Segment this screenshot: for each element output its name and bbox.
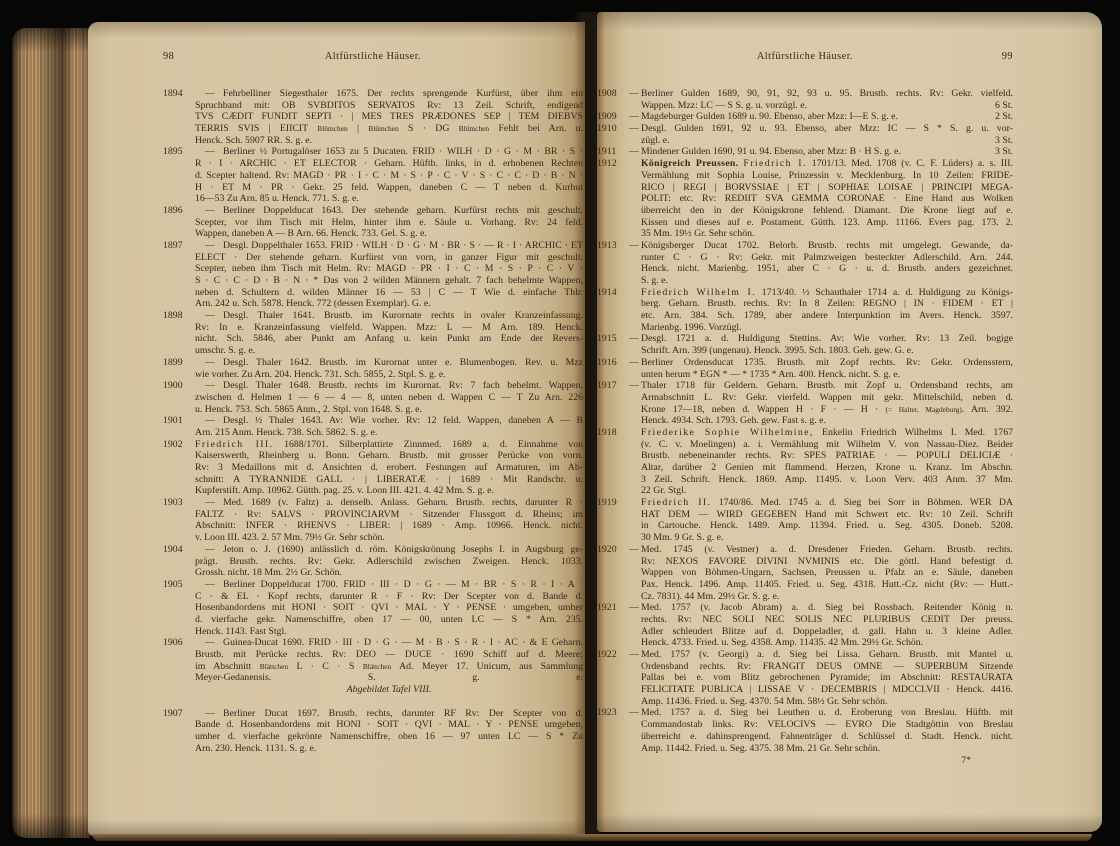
entry-dash: — [627,123,641,135]
entry-number: 1920 [597,544,627,556]
entry-line: etc. Arn. 384. Sch. 1789, aber andere In… [641,310,1013,322]
entry-dash: — [627,707,641,719]
entry-number: 1918 [597,427,627,439]
entry-line: 1922—Med. 1757 (v. Georgi) a. d. Sieg be… [597,649,1013,661]
catalog-entry: 1907—Berliner Ducat 1697. Brustb. rechts… [163,708,583,755]
entry-line: C · & EL · Kopf rechts, darunter R · F ·… [195,591,583,603]
entry-line: Henck. nicht. Marienbg. 1951, aber C · G… [641,263,1013,275]
catalog-entry: 1897—Desgl. Doppelthaler 1653. FRID · WI… [163,240,583,310]
entry-dash: — [195,357,223,369]
entry-line: Henck. 4934. Sch. 1793. Geh. gew. Fast s… [641,415,1013,427]
photo-background: 98 Altfürstliche Häuser. 1894—Fehrbellin… [0,0,1120,846]
signature-mark: 7* [597,755,1013,766]
entry-line: 1911—Mindener Gulden 1690, 91 u. 94. Ebe… [597,146,1013,158]
entry-line: zügl. e.3 St. [641,135,1013,147]
entry-number: 1911 [597,146,627,158]
entry-line: Abschnitt: INFER · RHENVS · LIBER: | 168… [195,520,583,532]
entry-line: Henck. 4733. Fried. u. Seg. 4358. Amp. 1… [641,637,1013,649]
entry-number: 1905 [163,579,195,591]
entry-line: 1915—Desgl. 1721 a. d. Huldigung Stettin… [597,333,1013,345]
entry-line: 1920—Med. 1745 (v. Vestner) a. d. Dresde… [597,544,1013,556]
entry-line: umschr. S. g. e. [195,345,583,357]
entry-line: Cz. 7831). 44 Mm. 29½ Gr. S. g. e. [641,591,1013,603]
entry-line: Grossh. nicht. 18 Mm. 2½ Gr. Schön. [195,567,583,579]
left-page-header: 98 Altfürstliche Häuser. [163,51,583,62]
entry-line: Armabschnitt L. Rv: Gekr. vierfeld. Wapp… [641,392,1013,404]
entry-line: Schrift. Arn. 399 (ungenau). Henck. 3995… [641,345,1013,357]
catalog-entry: 1904—Jeton o. J. (1690) anlässlich d. rö… [163,544,583,579]
entry-line: Rv: NEXOS FAVORE DIVINI NVMINIS etc. Die… [641,556,1013,568]
catalog-entry: 1910—Desgl. Gulden 1691, 92 u. 93. Ebens… [597,123,1013,146]
entry-dash: — [195,146,223,158]
entry-line: 1904—Jeton o. J. (1690) anlässlich d. rö… [163,544,583,556]
entry-line: prägt. Brustb. rechts. Rv: Gekr. Adlersc… [195,556,583,568]
entry-line: 3 Zeil. Schrift. Henck. 1869. Amp. 11495… [641,474,1013,486]
entry-line: TVS CÆDIT FUNDIT SEPTI · | MES TRES PRÆD… [195,111,583,123]
entry-dash: — [627,602,641,614]
piece-count: 3 St. [989,146,1013,158]
entry-dash: — [195,497,223,509]
entry-line: 1902Friedrich III. 1688/1701. Silberplat… [163,439,583,451]
entry-number: 1912 [597,158,627,170]
entry-number: 1910 [597,123,627,135]
entry-line: Hosenbandordens mit HONI · SOIT · QVI · … [195,602,583,614]
entry-line: POLIT: etc. Rv: REDIIT SVA GEMMA CORONAE… [641,193,1013,205]
entry-line: H · ET M · PR · Gekr. 25 feld. Wappen, d… [195,182,583,194]
entry-dash: — [195,240,223,252]
piece-count: 2 St. [989,111,1013,123]
catalog-entry: 1915—Desgl. 1721 a. d. Huldigung Stettin… [597,333,1013,356]
catalog-entry: 1901—Desgl. ½ Thaler 1643. Av: Wie vorhe… [163,415,583,438]
book-bottom-edge [92,834,1092,841]
catalog-entry: 1913—Königsberger Ducat 1702. Belorb. Br… [597,240,1013,287]
entry-line: 30 Mm. 9 Gr. S. g. e. [641,532,1013,544]
entry-line: Henck. Sch. 5907 RR. S. g. e. [195,135,583,147]
entry-line: rechts. Rv: NEC SOLI NEC SOLIS NEC PLURI… [641,614,1013,626]
entry-line: Scepter, neben ihm Tisch mit Helm. Rv: M… [195,263,583,275]
entry-number: 1922 [597,649,627,661]
entry-number: 1915 [597,333,627,345]
entry-line: wie vorher. Zu Arn. 204. Henck. 731. Sch… [195,369,583,381]
right-page: Altfürstliche Häuser. 99 1908—Berliner G… [597,12,1102,832]
catalog-entry: 1919Friedrich II. 1740/86. Med. 1745 a. … [597,497,1013,544]
entry-dash: — [627,111,641,123]
entry-number: 1896 [163,205,195,217]
entry-line: Henck. 1143. Fast Stgl. [195,626,583,638]
entry-number: 1901 [163,415,195,427]
catalog-entry: 1911—Mindener Gulden 1690, 91 u. 94. Ebe… [597,146,1013,158]
entry-line: TERRIS SVIS | EIICIT Blümchen | Blümchen… [195,123,583,135]
catalog-entry: 1923—Med. 1757 a. d. Sieg bei Leuthen u.… [597,707,1013,754]
entry-line: Krone 17—18, neben d. Wappen H · F · — H… [641,404,1013,416]
entry-dash: — [627,333,641,345]
catalog-entry: 1899—Desgl. Thaler 1642. Brustb. im Kuro… [163,357,583,380]
entry-line: 1906—Guinea-Ducat 1690. FRID · III · D ·… [163,637,583,649]
entry-dash: — [195,205,223,217]
catalog-entry: 1900—Desgl. Thaler 1648. Brustb. rechts … [163,380,583,415]
entry-line: 1921—Med. 1757 (v. Jacob Abram) a. d. Si… [597,602,1013,614]
entry-line: Pallas bei e. vom Blitz gebrochenen Pyra… [641,672,1013,684]
entry-number: 1909 [597,111,627,123]
entry-line: Kupferstift. Amp. 10962. Gütth. pag. 25.… [195,485,583,497]
entry-dash: — [627,380,641,392]
entry-line: S. g. e. [641,275,1013,287]
page-number-left: 98 [163,51,203,62]
entry-line: Commandostab links. Rv: VELOCIVS — EVRO … [641,719,1013,731]
entry-line: Marienbg. 1996. Vorzügl. [641,322,1013,334]
entry-line: FALTZ · Rv: SALVS · PROVINCIARVM · Sitze… [195,509,583,521]
entry-line: 1895—Berliner ½ Portugalöser 1653 zu 5 D… [163,146,583,158]
entry-dash: — [627,240,641,252]
entry-number: 1906 [163,637,195,649]
entry-line: Bande d. Hosenbandordens mit HONI · SOIT… [195,719,583,731]
running-header-left: Altfürstliche Häuser. [203,51,543,62]
entry-number: 1923 [597,707,627,719]
entry-line: Kaiserswerth, Rheinberg u. Bonn. Geharn.… [195,450,583,462]
entry-line: im Abschnitt Blättchen L · C · S Blättch… [195,661,583,673]
entry-line: Amp. 11442. Fried. u. Seg. 4375. 38 Mm. … [641,743,1013,755]
entry-number: 1894 [163,88,195,100]
entry-line: Meyer-Gedanensis. S. g. e. [195,672,583,684]
entry-line: 1905—Berliner Doppelducat 1700. FRID · I… [163,579,583,591]
entry-line: Arn. 242 u. Sch. 5878. Henck. 772 (desse… [195,298,583,310]
entry-line: unten herum * EGN * — * 1735 * Arn. 400.… [641,369,1013,381]
entry-line: 16—53 Zu Arn. 85 u. Henck. 771. S. g. e. [195,193,583,205]
entry-line: 1916—Berliner Ordensducat 1735. Brustb. … [597,357,1013,369]
entry-line: u. Henck. 753. Sch. 5865 Anm., 2. Stpl. … [195,404,583,416]
entry-line: S · C · C · D · B · N · * Das von 2 wild… [195,275,583,287]
entry-line: Brustb. nebeneinander rechts. Rv: SPES P… [641,450,1013,462]
entry-line: Adler schleudert Blitze auf d. Doppeladl… [641,626,1013,638]
entry-dash: — [195,380,223,392]
entry-line: FELICITATE PUBLICA | LISSAE V · DECEMBRI… [641,684,1013,696]
piece-count: 6 St. [989,100,1013,112]
catalog-entry: 1921—Med. 1757 (v. Jacob Abram) a. d. Si… [597,602,1013,649]
catalog-entry: 1894—Fehrbelliner Siegesthaler 1675. Der… [163,88,583,146]
catalog-entry: 1912Königreich Preussen. Friedrich I. 17… [597,158,1013,240]
entry-dash: — [627,649,641,661]
entry-dash: — [195,637,223,649]
entry-line: Spruchband mit: OB SVBDITOS SERVATOS Rv:… [195,100,583,112]
entry-line: neben d. Schultern d. wilden Männer 16 —… [195,287,583,299]
entry-line: berg. Geharn. Brustb. rechts. Rv: In 8 Z… [641,298,1013,310]
entry-line: v. Loon III. 423. 2. 57 Mm. 79½ Gr. Sehr… [195,532,583,544]
entry-line: Pax. Henck. 1496. Amp. 11405. Fried. u. … [641,579,1013,591]
entry-dash: — [627,544,641,556]
catalog-entry: 1906—Guinea-Ducat 1690. FRID · III · D ·… [163,637,583,695]
entry-line: HAT DEM — WIRD GEGEBEN Hand mit Schwert … [641,509,1013,521]
entry-number: 1899 [163,357,195,369]
entry-line: 1914Friedrich Wilhelm I. 1713/40. ½ Scha… [597,287,1013,299]
entry-dash: — [627,357,641,369]
entry-line: (v. C. v. Moelingen) a. i. Vermählung mi… [641,439,1013,451]
entry-number: 1903 [163,497,195,509]
entry-line: Wappen. Mzz: LC — S S. g. u. vorzügl. e.… [641,100,1013,112]
entry-line: Arn. 215 Anm. Henck. 738. Sch. 5862. S. … [195,427,583,439]
entry-line: Rv: In e. Kranzeinfassung vielfeld. Wapp… [195,322,583,334]
entry-line: d. Scepter haltend. Rv: MAGD · PR · I · … [195,170,583,182]
entry-line: Scepter, vor ihm Tisch mit Helm, hinter … [195,217,583,229]
entry-line: 35 Mm. 19½ Gr. Sehr schön. [641,228,1013,240]
entry-dash: — [195,544,223,556]
entry-line: 1907—Berliner Ducat 1697. Brustb. rechts… [163,708,583,720]
entry-line: 1909—Magdeburger Gulden 1689 u. 90. Eben… [597,111,1013,123]
entry-line: umher d. vierfache gekrönte Namenschiffr… [195,731,583,743]
entry-dash: — [195,579,223,591]
entry-line: 1897—Desgl. Doppelthaler 1653. FRID · WI… [163,240,583,252]
entry-number: 1916 [597,357,627,369]
catalog-entry: 1903—Med. 1689 (v. Faltz) a. denselb. An… [163,497,583,544]
entry-line: 1912Königreich Preussen. Friedrich I. 17… [597,158,1013,170]
book-page-edges [12,28,90,838]
entry-line: 1896—Berliner Doppelducat 1643. Der steh… [163,205,583,217]
entry-dash: — [627,88,641,100]
entry-line: 1913—Königsberger Ducat 1702. Belorb. Br… [597,240,1013,252]
entry-line: Ordensband rechts. Rv: FRANGIT DEUS OMNE… [641,661,1013,673]
entry-line: runter C · G · Rv: Gekr. mit Palmzweigen… [641,252,1013,264]
entry-line: zwischen d. Helmen 1 — 6 — 4 — 8, unten … [195,392,583,404]
left-page: 98 Altfürstliche Häuser. 1894—Fehrbellin… [88,22,585,836]
entry-number: 1917 [597,380,627,392]
entry-number: 1895 [163,146,195,158]
entry-line: d. vierfache gekr. Namenschiffre, oben 1… [195,614,583,626]
entry-dash: — [195,415,223,427]
entry-line: R · I · ARCHIC · ET ELECTOR · Geharn. Hü… [195,158,583,170]
catalog-entry: 1909—Magdeburger Gulden 1689 u. 90. Eben… [597,111,1013,123]
entry-line: Vermählung mit Sophia Louise, Prinzessin… [641,170,1013,182]
entry-line: 1899—Desgl. Thaler 1642. Brustb. im Kuro… [163,357,583,369]
entry-line: Wappen, daneben A — B Arn. 66. Henck. 73… [195,228,583,240]
entry-line: 1901—Desgl. ½ Thaler 1643. Av: Wie vorhe… [163,415,583,427]
piece-count: 3 St. [989,135,1013,147]
catalog-entry: 1920—Med. 1745 (v. Vestner) a. d. Dresde… [597,544,1013,602]
entry-number: 1900 [163,380,195,392]
page-number-right: 99 [973,51,1013,62]
entry-line: 1894—Fehrbelliner Siegesthaler 1675. Der… [163,88,583,100]
entry-number: 1913 [597,240,627,252]
entry-line: ELECT · Der stehende geharn. Kurfürst vo… [195,252,583,264]
entry-line: schnitt: A TYRANNIDE GALL · | LIBERATÆ ·… [195,474,583,486]
entry-number: 1904 [163,544,195,556]
entry-dash: — [195,310,223,322]
entry-line: 1900—Desgl. Thaler 1648. Brustb. rechts … [163,380,583,392]
entry-number: 1914 [597,287,627,299]
catalog-entry: 1916—Berliner Ordensducat 1735. Brustb. … [597,357,1013,380]
entry-number: 1902 [163,439,195,451]
plate-reference: Abgebildet Tafel VIII. [195,684,583,696]
entry-line: 1910—Desgl. Gulden 1691, 92 u. 93. Ebens… [597,123,1013,135]
catalog-entry: 1918Friederike Sophie Wilhelmine, Enkeli… [597,427,1013,497]
catalog-entry: 1908—Berliner Gulden 1689, 90, 91, 92, 9… [597,88,1013,111]
entry-line: überreicht e. dahinsprengend. Fahnenträg… [641,731,1013,743]
catalog-entry: 1917—Thaler 1718 für Geldern. Geharn. Br… [597,380,1013,427]
entry-number: 1919 [597,497,627,509]
entry-line: Brustb. mit Perücke rechts. Rv: DEO — DU… [195,649,583,661]
catalog-entry: 1895—Berliner ½ Portugalöser 1653 zu 5 D… [163,146,583,204]
entry-number: 1898 [163,310,195,322]
right-page-header: Altfürstliche Häuser. 99 [597,51,1013,62]
catalog-entry: 1896—Berliner Doppelducat 1643. Der steh… [163,205,583,240]
entry-line: 1917—Thaler 1718 für Geldern. Geharn. Br… [597,380,1013,392]
right-page-entries: 1908—Berliner Gulden 1689, 90, 91, 92, 9… [597,88,1013,754]
catalog-entry: 1905—Berliner Doppelducat 1700. FRID · I… [163,579,583,637]
left-page-entries: 1894—Fehrbelliner Siegesthaler 1675. Der… [163,88,583,755]
entry-line: Wappen von Böhmen-Ungarn, Sachsen, Preus… [641,567,1013,579]
entry-dash: — [195,708,223,720]
entry-line: RICO | REGI | BORVSSIAE | ET | SOPHIAE L… [641,182,1013,194]
entry-dash: — [627,146,641,158]
entry-line: 22 Gr. Stgl. [641,485,1013,497]
entry-line: 1908—Berliner Gulden 1689, 90, 91, 92, 9… [597,88,1013,100]
entry-line: in Cartouche. Henck. 1489. Amp. 11394. F… [641,520,1013,532]
entry-number: 1907 [163,708,195,720]
catalog-entry: 1902Friedrich III. 1688/1701. Silberplat… [163,439,583,497]
entry-line: Arn. 230. Henck. 1131. S. g. e. [195,743,583,755]
entry-line: Rv: 3 Medaillons mit d. Ansichten d. ero… [195,462,583,474]
entry-line: nicht. Sch. 5846, aber Punkt am Anfang u… [195,333,583,345]
entry-line: 1898—Desgl. Thaler 1641. Brustb. im Kuro… [163,310,583,322]
catalog-entry: 1898—Desgl. Thaler 1641. Brustb. im Kuro… [163,310,583,357]
running-header-right: Altfürstliche Häuser. [637,51,973,62]
entry-number: 1897 [163,240,195,252]
entry-line: 1903—Med. 1689 (v. Faltz) a. denselb. An… [163,497,583,509]
entry-number: 1921 [597,602,627,614]
entry-number: 1908 [597,88,627,100]
catalog-entry: 1922—Med. 1757 (v. Georgi) a. d. Sieg be… [597,649,1013,707]
entry-line: 1919Friedrich II. 1740/86. Med. 1745 a. … [597,497,1013,509]
entry-line: 1923—Med. 1757 a. d. Sieg bei Leuthen u.… [597,707,1013,719]
entry-line: Altar, darüber 2 Genien mit flammend. He… [641,462,1013,474]
entry-line: überreicht den in der Königskrone fehlen… [641,205,1013,217]
entry-line: Amp. 11436. Fried. u. Seg. 4370. 54 Mm. … [641,696,1013,708]
entry-line: Kissen und dieses auf e. Postament. Gütt… [641,217,1013,229]
catalog-entry: 1914Friedrich Wilhelm I. 1713/40. ½ Scha… [597,287,1013,334]
entry-line: 1918Friederike Sophie Wilhelmine, Enkeli… [597,427,1013,439]
entry-dash: — [195,88,223,100]
